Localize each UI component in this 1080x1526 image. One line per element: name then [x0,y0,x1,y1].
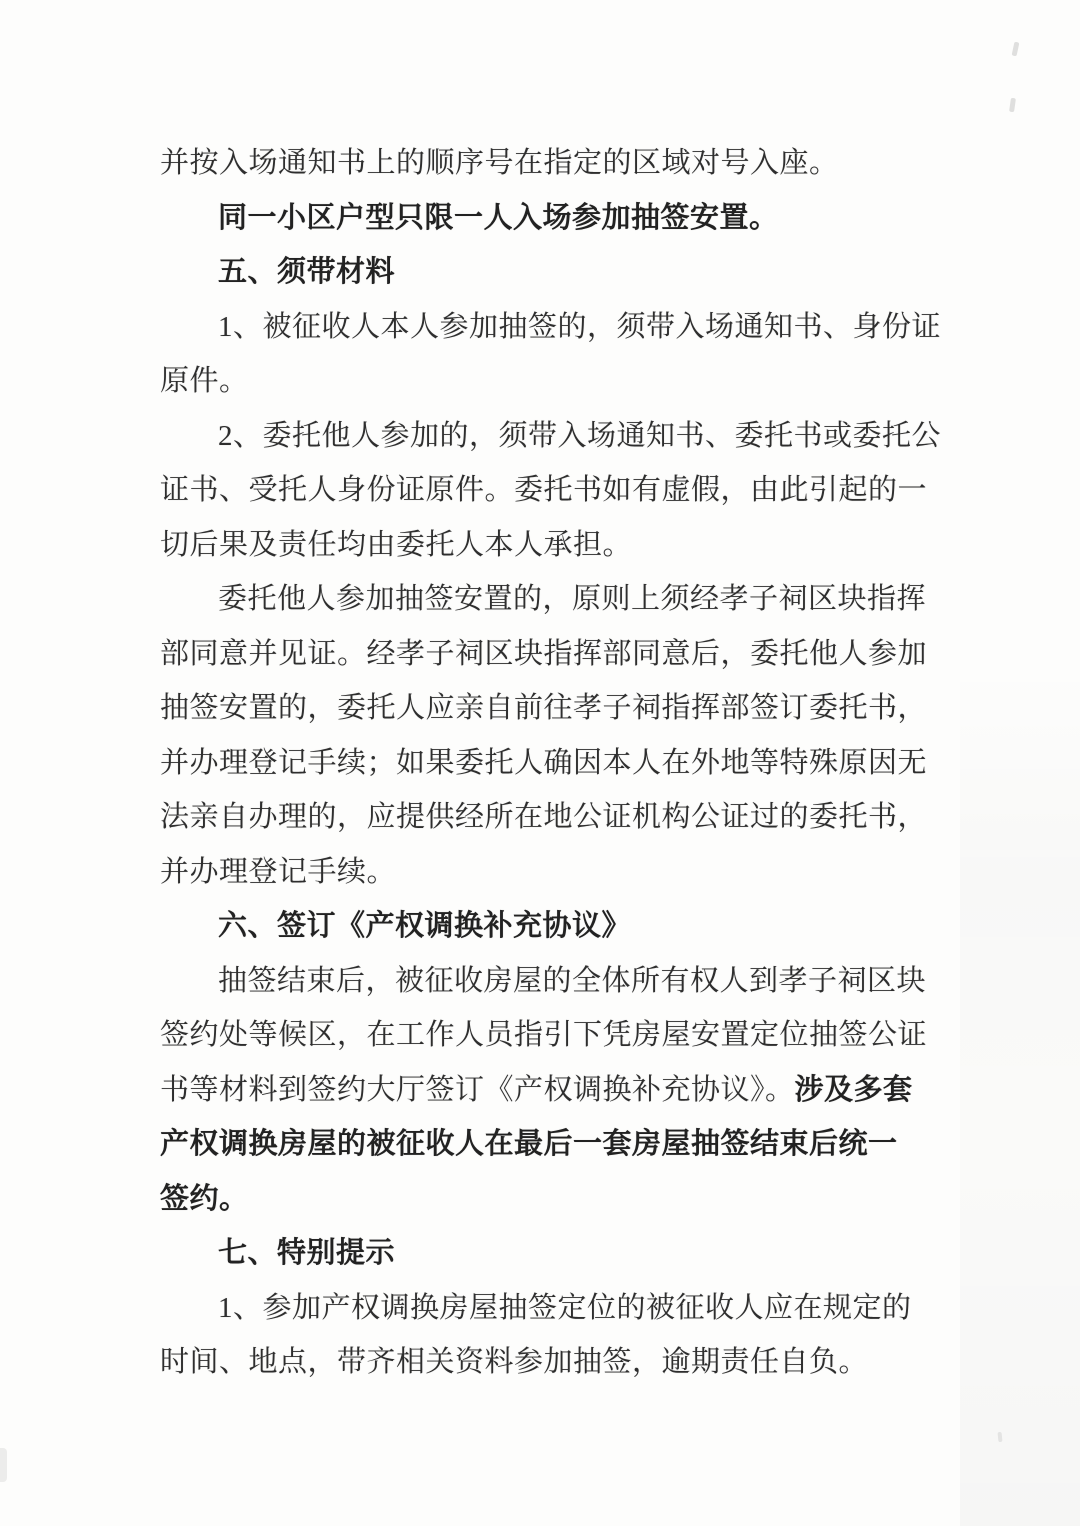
text-segment: 书等材料到签约大厅签订《产权调换补充协议》。 [160,1074,795,1106]
text-line-12: 并办理登记手续；如果委托人确因本人在外地等特殊原因无 [160,736,950,791]
scan-speck [1009,98,1016,113]
scan-speck [1012,42,1020,57]
text-line-16: 抽签结束后，被征收房屋的全体所有权人到孝子祠区块 [160,954,950,1009]
text-segment: 并办理登记手续。 [160,856,396,888]
text-line-7: 证书、受托人身份证原件。委托书如有虚假，由此引起的一 [160,463,950,518]
text-segment: 切后果及责任均由委托人本人承担。 [160,529,632,561]
text-segment: 并办理登记手续；如果委托人确因本人在外地等特殊原因无 [160,747,927,779]
text-segment: 原件。 [160,365,249,397]
text-segment: 涉及多套 [795,1074,913,1106]
text-line-20: 签约。 [160,1172,950,1227]
scan-speck [0,1448,7,1482]
text-segment: 抽签安置的，委托人应亲自前往孝子祠指挥部签订委托书， [160,692,927,724]
text-segment: 签约。 [160,1183,249,1215]
text-segment: 时间、地点，带齐相关资料参加抽签，逾期责任自负。 [160,1346,868,1378]
text-segment: 产权调换房屋的被征收人在最后一套房屋抽签结束后统一 [160,1128,898,1160]
text-line-17: 签约处等候区，在工作人员指引下凭房屋安置定位抽签公证 [160,1008,950,1063]
text-line-3: 五、须带材料 [160,245,950,300]
text-line-11: 抽签安置的，委托人应亲自前往孝子祠指挥部签订委托书， [160,681,950,736]
text-segment: 部同意并见证。经孝子祠区块指挥部同意后，委托他人参加 [160,638,927,670]
text-line-2: 同一小区户型只限一人入场参加抽签安置。 [160,191,950,246]
text-segment: 2、委托他人参加的，须带入场通知书、委托书或委托公 [218,420,941,452]
text-segment: 委托他人参加抽签安置的，原则上须经孝子祠区块指挥 [218,583,926,615]
text-line-10: 部同意并见证。经孝子祠区块指挥部同意后，委托他人参加 [160,627,950,682]
text-segment: 六、签订《产权调换补充协议》 [218,910,631,942]
text-line-22: 1、参加产权调换房屋抽签定位的被征收人应在规定的 [160,1281,950,1336]
text-line-1: 并按入场通知书上的顺序号在指定的区域对号入座。 [160,136,950,191]
text-segment: 七、特别提示 [218,1237,395,1269]
text-line-19: 产权调换房屋的被征收人在最后一套房屋抽签结束后统一 [160,1117,950,1172]
text-line-5: 原件。 [160,354,950,409]
text-segment: 1、参加产权调换房屋抽签定位的被征收人应在规定的 [218,1292,912,1324]
scan-edge-shadow [960,660,1080,1526]
document-page: 并按入场通知书上的顺序号在指定的区域对号入座。同一小区户型只限一人入场参加抽签安… [0,0,1080,1526]
text-line-9: 委托他人参加抽签安置的，原则上须经孝子祠区块指挥 [160,572,950,627]
text-segment: 1、被征收人本人参加抽签的，须带入场通知书、身份证 [218,311,941,343]
text-line-13: 法亲自办理的，应提供经所在地公证机构公证过的委托书， [160,790,950,845]
text-segment: 法亲自办理的，应提供经所在地公证机构公证过的委托书， [160,801,927,833]
text-line-6: 2、委托他人参加的，须带入场通知书、委托书或委托公 [160,409,950,464]
document-text-block: 并按入场通知书上的顺序号在指定的区域对号入座。同一小区户型只限一人入场参加抽签安… [160,136,950,1390]
text-segment: 并按入场通知书上的顺序号在指定的区域对号入座。 [160,147,839,179]
text-segment: 五、须带材料 [218,256,395,288]
text-line-8: 切后果及责任均由委托人本人承担。 [160,518,950,573]
text-segment: 同一小区户型只限一人入场参加抽签安置。 [218,202,779,234]
text-segment: 抽签结束后，被征收房屋的全体所有权人到孝子祠区块 [218,965,926,997]
text-line-23: 时间、地点，带齐相关资料参加抽签，逾期责任自负。 [160,1335,950,1390]
text-line-21: 七、特别提示 [160,1226,950,1281]
scan-speck [997,1432,1002,1442]
text-line-15: 六、签订《产权调换补充协议》 [160,899,950,954]
text-line-18: 书等材料到签约大厅签订《产权调换补充协议》。涉及多套 [160,1063,950,1118]
text-line-4: 1、被征收人本人参加抽签的，须带入场通知书、身份证 [160,300,950,355]
text-segment: 签约处等候区，在工作人员指引下凭房屋安置定位抽签公证 [160,1019,927,1051]
text-segment: 证书、受托人身份证原件。委托书如有虚假，由此引起的一 [160,474,927,506]
text-line-14: 并办理登记手续。 [160,845,950,900]
